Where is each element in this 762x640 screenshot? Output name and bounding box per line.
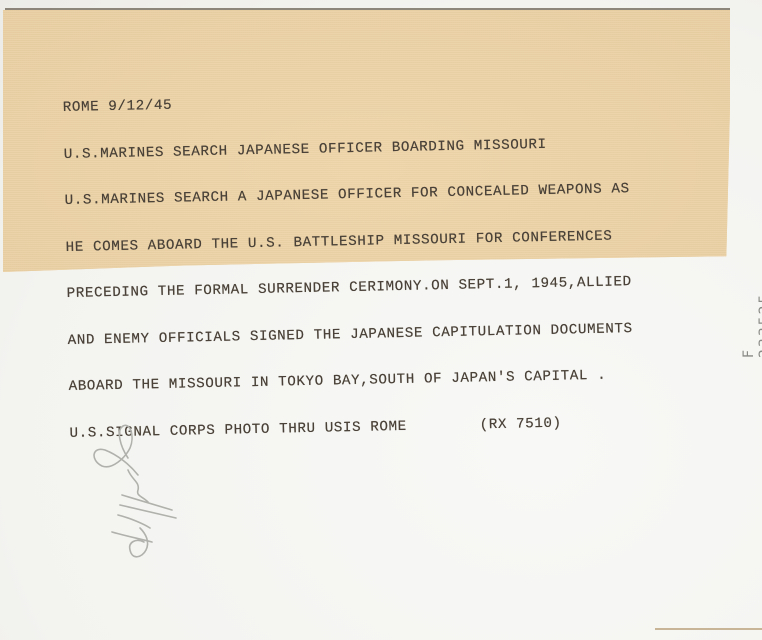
caption-body-line: PRECEDING THE FORMAL SURRENDER CERIMONY.… — [67, 275, 632, 302]
typed-caption: ROME 9/12/45 U.S.MARINES SEARCH JAPANESE… — [62, 58, 635, 457]
caption-body-line: HE COMES ABOARD THE U.S. BATTLESHIP MISS… — [66, 229, 631, 256]
handwritten-signature — [80, 410, 180, 580]
photo-bottom-edge — [655, 628, 762, 630]
caption-headline: U.S.MARINES SEARCH JAPANESE OFFICER BOAR… — [64, 136, 629, 163]
caption-dateline: ROME 9/12/45 — [63, 89, 628, 116]
stamped-number: F 233525 — [741, 293, 762, 358]
caption-body-line: AND ENEMY OFFICIALS SIGNED THE JAPANESE … — [68, 322, 633, 349]
caption-body-line: ABOARD THE MISSOURI IN TOKYO BAY,SOUTH O… — [68, 368, 633, 395]
caption-body-line: U.S.MARINES SEARCH A JAPANESE OFFICER FO… — [65, 182, 630, 209]
